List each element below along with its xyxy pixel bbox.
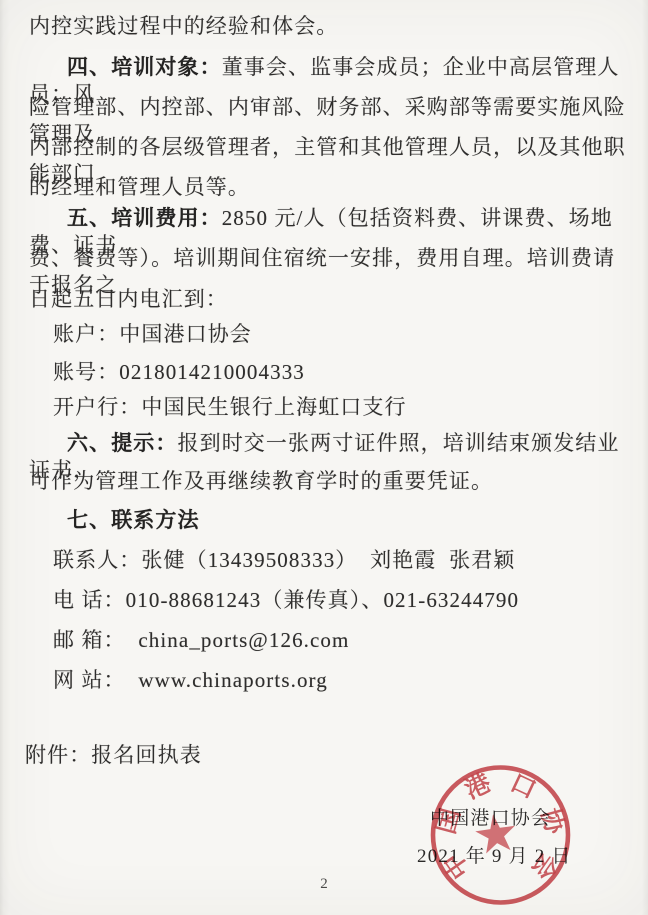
line-text: 邮 箱： china_ports@126.com xyxy=(53,628,349,652)
line-text: 账号：0218014210004333 xyxy=(53,360,305,384)
line-text: 内控实践过程中的经验和体会。 xyxy=(29,14,338,38)
line-text: 电 话：010-88681243（兼传真）、021-63244790 xyxy=(53,588,519,612)
line-text: 日起五日内电汇到： xyxy=(29,287,228,311)
line-text: 网 站： www.chinaports.org xyxy=(53,668,328,692)
section-heading: 五、培训费用： xyxy=(67,207,222,230)
section-heading: 四、培训对象： xyxy=(67,56,222,79)
official-seal: 中 国 港 口 协 会 xyxy=(428,762,573,908)
bank-branch-line: 开户行：中国民生银行上海虹口支行 xyxy=(29,394,629,421)
line-text: 的经理和管理人员等。 xyxy=(29,175,250,199)
doc-line: 可作为管理工作及再继续教育学时的重要凭证。 xyxy=(29,468,629,495)
doc-line: 七、联系方法 xyxy=(29,507,629,534)
line-text: 联系人：张健（13439508333） 刘艳霞 张君颖 xyxy=(53,548,515,572)
doc-line: 的经理和管理人员等。 xyxy=(29,174,629,201)
line-text: 开户行：中国民生银行上海虹口支行 xyxy=(53,395,407,419)
contact-person-line: 联系人：张健（13439508333） 刘艳霞 张君颖 xyxy=(29,547,629,574)
bank-number-line: 账号：0218014210004333 xyxy=(29,359,629,386)
bank-account-line: 账户：中国港口协会 xyxy=(29,321,629,348)
doc-line: 日起五日内电汇到： xyxy=(29,286,629,313)
line-text: 账户：中国港口协会 xyxy=(53,322,252,346)
phone-line: 电 话：010-88681243（兼传真）、021-63244790 xyxy=(29,587,629,614)
seal-arc-char: 中 xyxy=(438,847,475,884)
section-heading: 六、提示： xyxy=(67,432,178,455)
doc-line: 内控实践过程中的经验和体会。 xyxy=(29,13,629,40)
line-text: 附件：报名回执表 xyxy=(25,743,202,767)
seal-arc-char: 港 xyxy=(461,769,496,805)
seal-arc-char: 会 xyxy=(526,847,564,884)
email-line: 邮 箱： china_ports@126.com xyxy=(29,627,629,654)
line-text: 可作为管理工作及再继续教育学时的重要凭证。 xyxy=(29,469,493,493)
section-heading: 七、联系方法 xyxy=(67,509,200,532)
website-line: 网 站： www.chinaports.org xyxy=(29,667,629,694)
seal-star-icon xyxy=(473,811,518,854)
scanned-document-page: 内控实践过程中的经验和体会。 四、培训对象：董事会、监事会成员；企业中高层管理人… xyxy=(0,0,648,915)
